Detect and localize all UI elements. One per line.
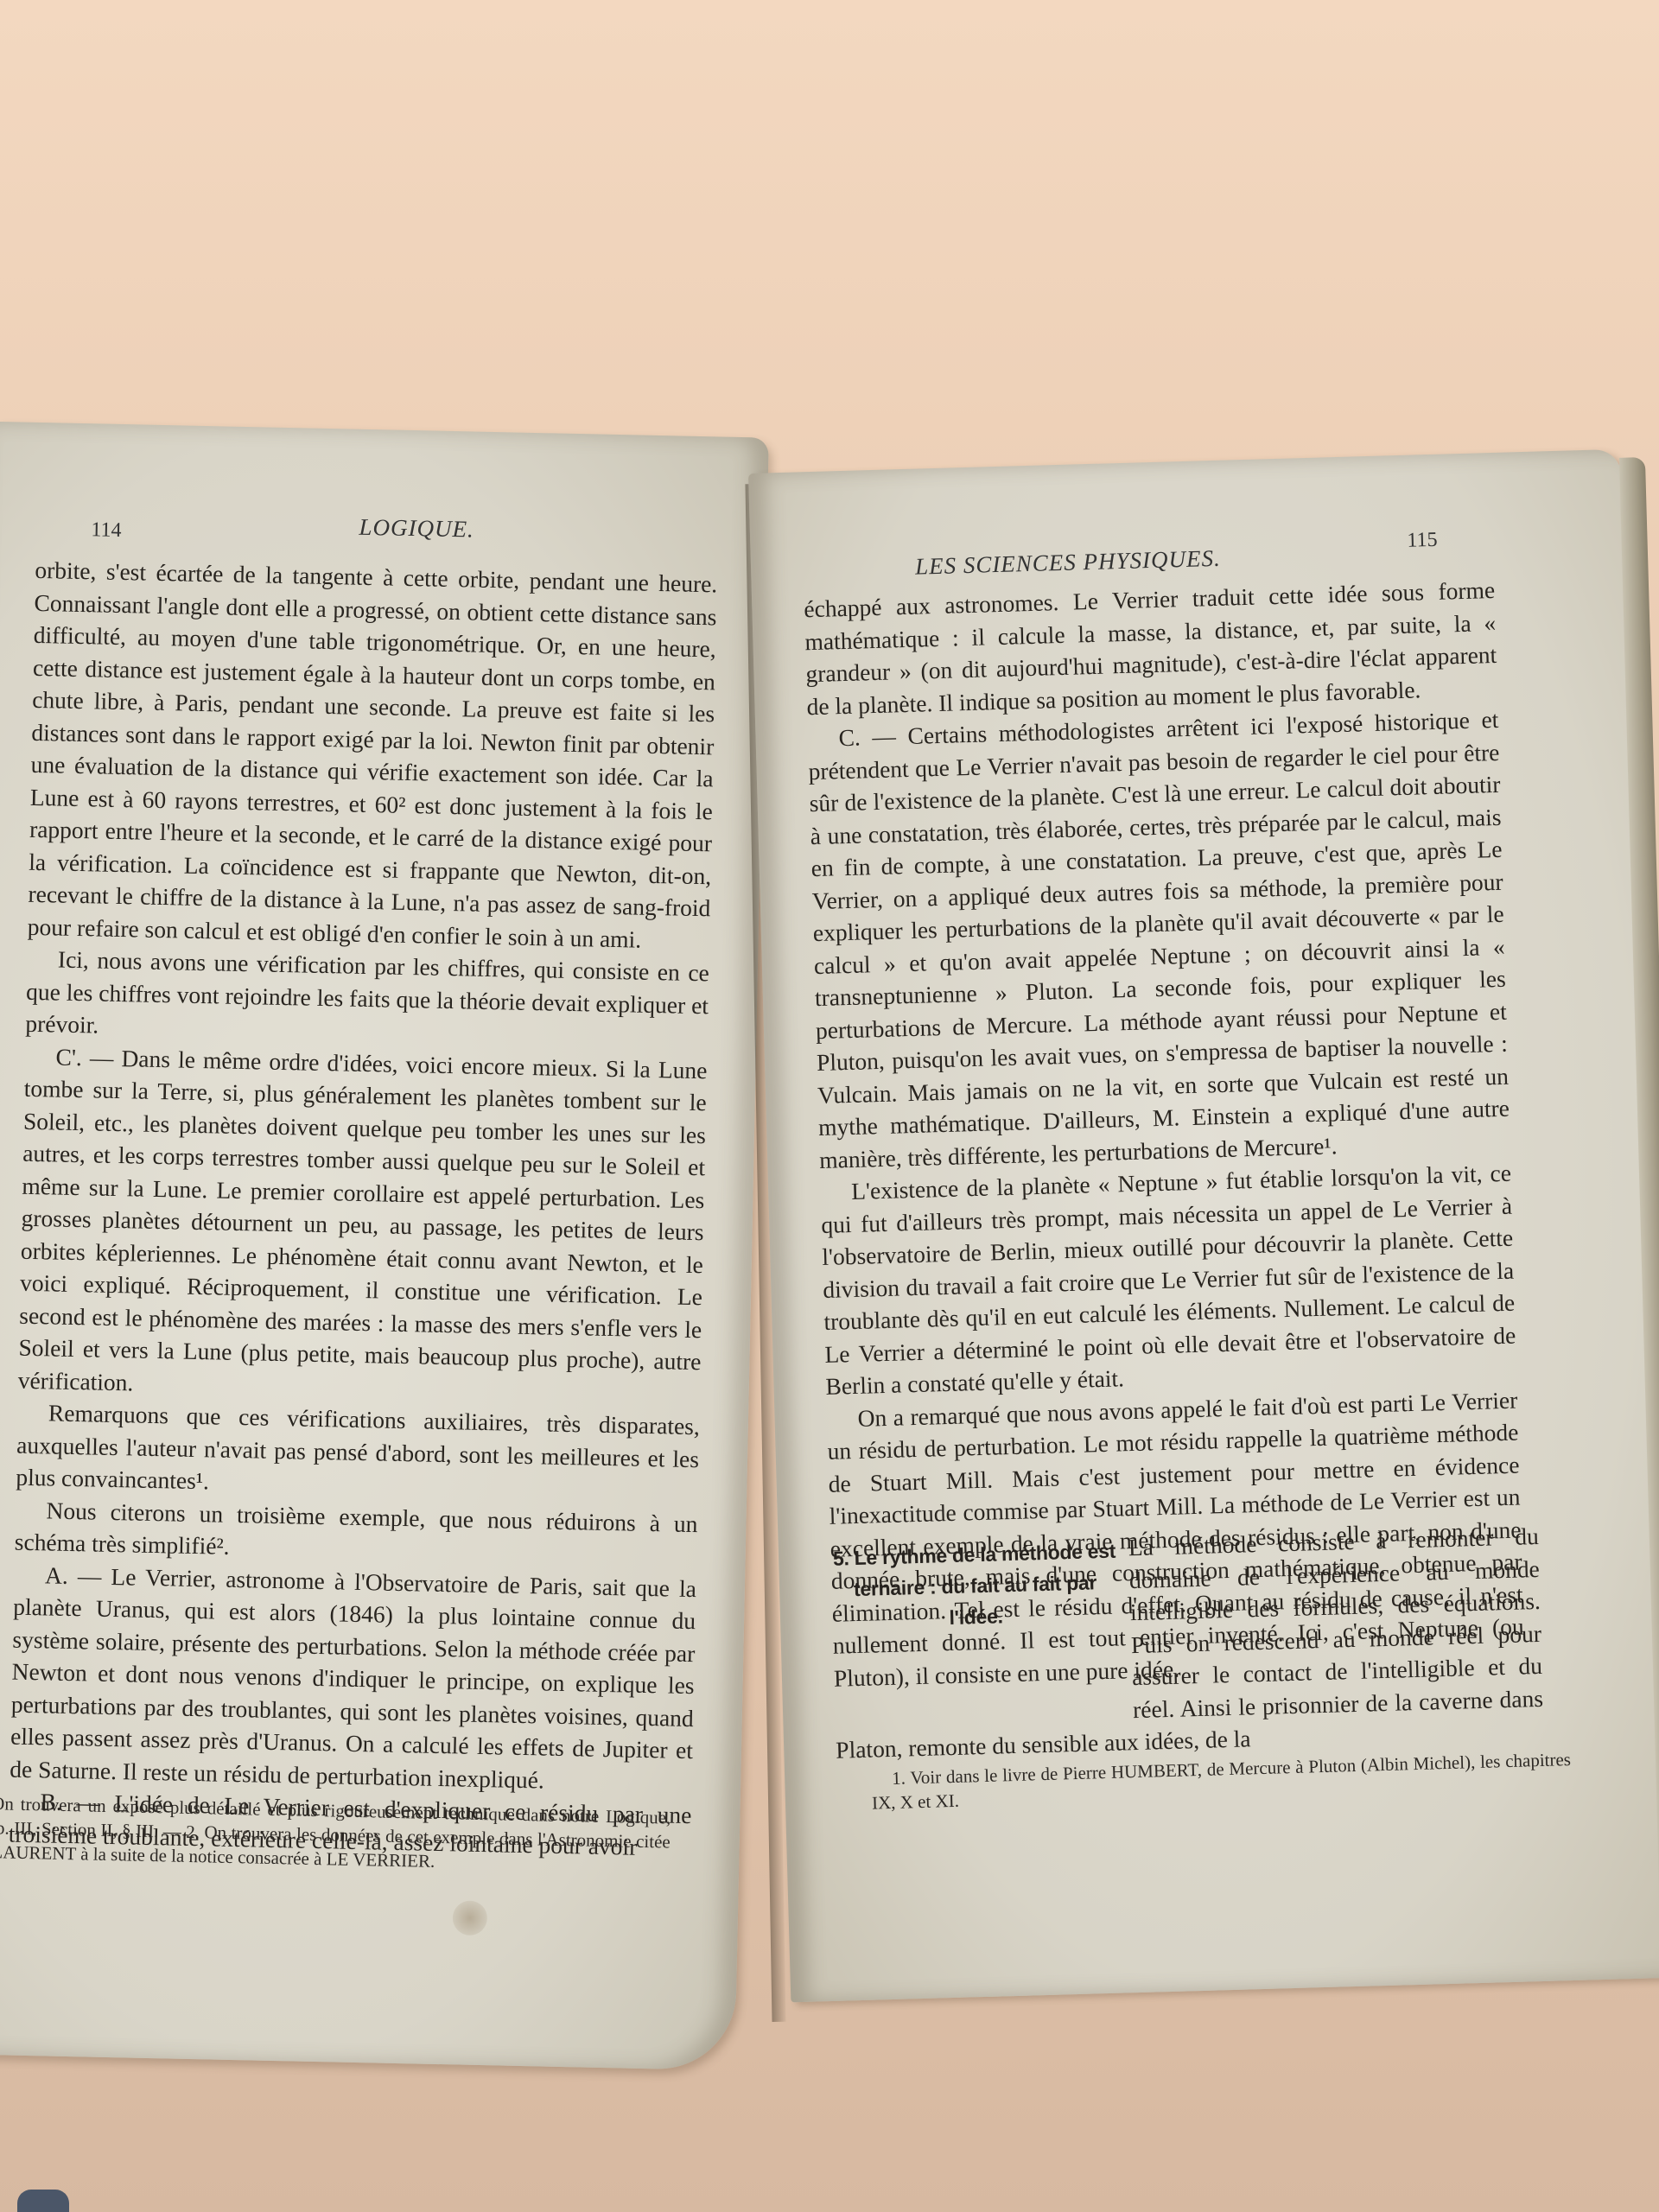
- paper-stain: [452, 1900, 487, 1935]
- paragraph: échappé aux astronomes. Le Verrier tradu…: [804, 574, 1498, 722]
- section-text: La méthode consiste à remonter du domain…: [829, 1520, 1544, 1766]
- page-number: 115: [1407, 529, 1438, 553]
- page-number: 114: [91, 518, 122, 543]
- sidenote-spacer: [829, 1531, 1132, 1704]
- footnote: 1. On trouvera un exposé plus détaillé e…: [0, 1791, 671, 1878]
- running-head: LES SCIENCES PHYSIQUES.: [915, 545, 1221, 581]
- paragraph: L'existence de la planète « Neptune » fu…: [820, 1157, 1517, 1403]
- left-page: 114 LOGIQUE. orbite, s'est écartée de la…: [0, 422, 769, 2070]
- cable-object: [17, 2190, 69, 2212]
- left-body-text: orbite, s'est écartée de la tangente à c…: [8, 554, 717, 1864]
- paragraph: A. — Le Verrier, astronome à l'Observato…: [10, 1558, 696, 1799]
- paragraph: Remarquons que ces vérifications auxilia…: [16, 1396, 700, 1508]
- paragraph: C'. — Dans le même ordre d'idées, voici …: [17, 1039, 707, 1410]
- paragraph: Ici, nous avons une vérification par les…: [25, 943, 709, 1054]
- paragraph: C. — Certains méthodologistes arrêtent i…: [807, 703, 1510, 1176]
- paragraph: orbite, s'est écartée de la tangente à c…: [27, 554, 717, 957]
- page-edges: [1619, 457, 1659, 1961]
- running-head: LOGIQUE.: [359, 514, 474, 543]
- left-footnotes: 1. On trouvera un exposé plus détaillé e…: [0, 1791, 671, 1878]
- right-page: LES SCIENCES PHYSIQUES. 115 échappé aux …: [748, 449, 1659, 2003]
